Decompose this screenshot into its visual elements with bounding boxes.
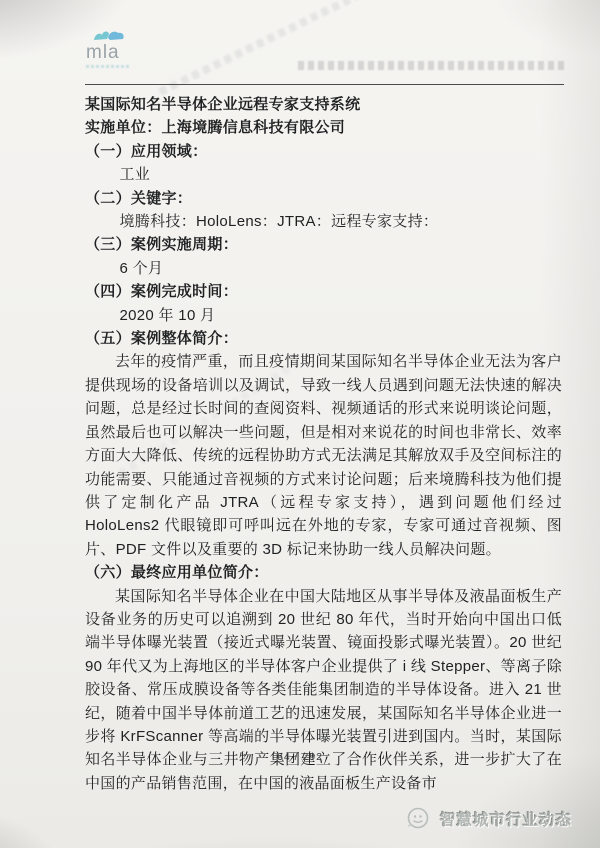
page-title: 某国际知名半导体企业远程专家支持系统 bbox=[85, 93, 562, 116]
section-body: 工业 bbox=[85, 163, 562, 186]
footer-brand-watermark: 智慧城市行业动态 bbox=[404, 805, 572, 832]
section-body: 6 个月 bbox=[85, 257, 562, 280]
section-implementation-period: （三）案例实施周期： 6 个月 bbox=[85, 233, 562, 280]
section-heading: （五）案例整体简介： bbox=[85, 327, 562, 350]
section-heading: （三）案例实施周期： bbox=[85, 233, 562, 256]
section-completion-date: （四）案例完成时间： 2020 年 10 月 bbox=[85, 280, 562, 327]
page-number: 64 / 292 bbox=[0, 751, 600, 763]
document-body: 某国际知名半导体企业远程专家支持系统 实施单位：上海境腾信息科技有限公司 （一）… bbox=[85, 93, 562, 795]
section-application-field: （一）应用领域： 工业 bbox=[85, 140, 562, 187]
logo-subtext-smudge bbox=[86, 65, 130, 68]
section-heading: （二）关键字： bbox=[85, 187, 562, 210]
wechat-bubble-icon bbox=[404, 805, 431, 832]
section-keywords: （二）关键字： 境腾科技：HoloLens：JTRA：远程专家支持： bbox=[85, 187, 562, 234]
section-body: 2020 年 10 月 bbox=[85, 304, 562, 327]
section-heading: （六）最终应用单位简介： bbox=[85, 561, 562, 584]
section-paragraph: 某国际知名半导体企业在中国大陆地区从事半导体及液晶面板生产设备业务的历史可以追溯… bbox=[85, 585, 562, 796]
footer-brand-text: 智慧城市行业动态 bbox=[440, 808, 572, 830]
logo: mla bbox=[86, 26, 130, 68]
diagonal-watermark bbox=[158, 0, 368, 96]
scanned-document-page: mla 某国际知名半导体企业远程专家支持系统 实施单位：上海境腾信息科技有限公司… bbox=[0, 0, 600, 848]
section-body: 境腾科技：HoloLens：JTRA：远程专家支持： bbox=[85, 210, 562, 233]
header-divider bbox=[85, 84, 564, 85]
logo-wordmark: mla bbox=[86, 44, 130, 62]
implementer-line: 实施单位：上海境腾信息科技有限公司 bbox=[85, 116, 562, 139]
header-faint-watermark bbox=[298, 61, 564, 70]
section-heading: （四）案例完成时间： bbox=[85, 280, 562, 303]
section-heading: （一）应用领域： bbox=[85, 140, 562, 163]
section-case-overview: （五）案例整体简介： 去年的疫情严重，而且疫情期间某国际知名半导体企业无法为客户… bbox=[85, 327, 562, 561]
section-paragraph: 去年的疫情严重，而且疫情期间某国际知名半导体企业无法为客户提供现场的设备培训以及… bbox=[85, 350, 562, 561]
